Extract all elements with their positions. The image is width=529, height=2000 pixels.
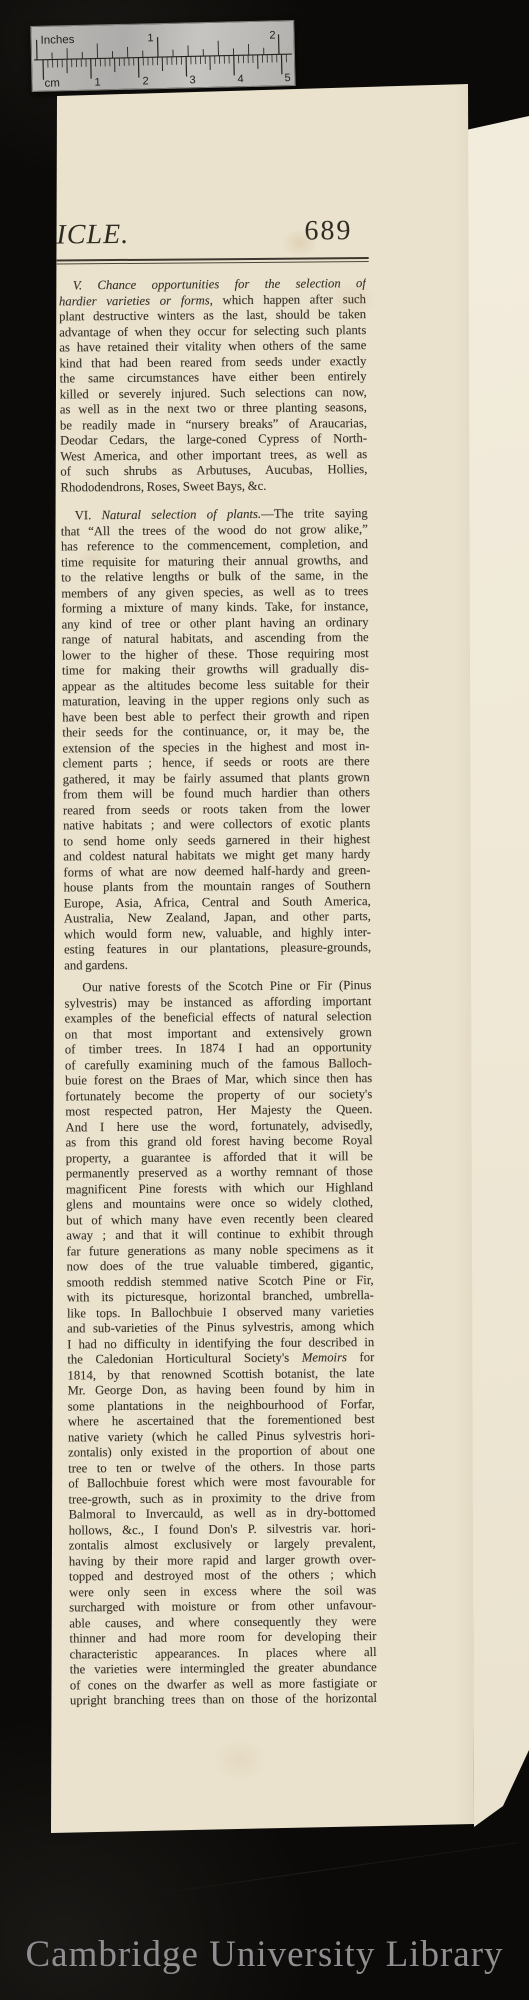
text-line: topped and destroyed most of the others … xyxy=(69,1567,376,1585)
text-line: of such shrubs as Arbutuses, Aucubas, Ho… xyxy=(60,462,367,480)
ruler-cm-label-2: 2 xyxy=(142,75,148,87)
text-line: Australia, New Zealand, Japan, and other… xyxy=(64,909,371,927)
text-line: VI. Natural selection of plants.—The tri… xyxy=(61,506,368,524)
ruler-cm-label-4: 4 xyxy=(237,73,243,85)
ruler-cm-label-5: 5 xyxy=(284,72,290,84)
text-line: as from this grand old forest having bec… xyxy=(66,1133,373,1151)
text-line: Balmoral to Invercauld, as well as in dr… xyxy=(68,1505,375,1523)
photo-stage: Inches 1 2 cm 1 2 3 4 5 ICLE. 689 V. Cha… xyxy=(0,0,529,2000)
text-line: examples of the beneficial effects of na… xyxy=(65,1009,372,1027)
text-line: esting features in our plantations, plea… xyxy=(64,940,371,958)
text-line: Mr. George Don, as having been found by … xyxy=(68,1381,375,1399)
text-line: zontalis) only existed in the proportion… xyxy=(68,1443,375,1461)
ruler-cm-label-3: 3 xyxy=(189,74,195,86)
text-line: of timber trees. In 1874 I had an opport… xyxy=(65,1040,372,1058)
text-line: time for making their growths will gradu… xyxy=(62,661,369,679)
text-line: and gardens. xyxy=(64,956,371,974)
ruler-inch-label-2: 2 xyxy=(269,29,275,41)
header-rule-bottom xyxy=(57,261,369,264)
text-line: glens and mountains were once so widely … xyxy=(66,1195,373,1213)
text-line: the varieties were intermingled the grea… xyxy=(70,1660,377,1678)
text-line: with its picturesque, horizontal branche… xyxy=(67,1288,374,1306)
paragraph: VI. Natural selection of plants.—The tri… xyxy=(61,506,372,973)
text-line: Our native forests of the Scotch Pine or… xyxy=(64,978,371,996)
text-line: upright branching trees than on those of… xyxy=(70,1691,377,1709)
text-line: of Ballochbuie forest which were most fa… xyxy=(68,1474,375,1492)
text-line: Rhododendrons, Roses, Sweet Bays, &c. xyxy=(60,478,367,496)
ruler-cm-label-1: 1 xyxy=(94,76,100,88)
running-title-fragment: ICLE. xyxy=(56,219,129,252)
text-line: clement parts ; hence, if seeds or roots… xyxy=(63,754,370,772)
library-watermark: Cambridge University Library xyxy=(0,1933,529,1976)
text-line: the Caledonian Horticultural Society's M… xyxy=(67,1350,374,1368)
text-line: and sub-varieties of the Pinus sylvestri… xyxy=(67,1319,374,1337)
text-line: most respected patron, Her Majesty the Q… xyxy=(65,1102,372,1120)
text-line: permanently preserved as a worthy remnan… xyxy=(66,1164,373,1182)
text-line: now does of the true valuable timbered, … xyxy=(67,1257,374,1275)
text-line: to the relative lengths or bulk of the s… xyxy=(61,568,368,586)
text-line: forming a mixture of many kinds. Take, f… xyxy=(61,599,368,617)
text-column: V. Chance opportunities for the selectio… xyxy=(59,276,377,1709)
text-line: from them will be found much hardier tha… xyxy=(63,785,370,803)
text-line: and coldest natural habitats we might ge… xyxy=(63,847,370,865)
text-line: range of natural habitats, and ascending… xyxy=(62,630,369,648)
text-line: maturation, leaving in the upper regions… xyxy=(62,692,369,710)
paragraph: V. Chance opportunities for the selectio… xyxy=(59,276,368,495)
page-content: ICLE. 689 V. Chance opportunities for th… xyxy=(0,0,529,2000)
text-line: has reference to the commencement, compl… xyxy=(61,537,368,555)
ruler: Inches 1 2 cm 1 2 3 4 5 xyxy=(30,20,295,92)
text-line: house plants from the mountain ranges of… xyxy=(64,878,371,896)
text-line: where he ascertained that the forementio… xyxy=(68,1412,375,1430)
text-line: buie forest on the Braes of Mar, which s… xyxy=(65,1071,372,1089)
text-line: zontalis almost exclusively or largely p… xyxy=(69,1536,376,1554)
page-number: 689 xyxy=(304,215,352,247)
text-line: as well as in the next two or three plan… xyxy=(60,400,367,418)
text-line: native habitats ; and were collectors of… xyxy=(63,816,370,834)
text-line: their seeds for the continuance, or, it … xyxy=(62,723,369,741)
ruler-inches-label: Inches xyxy=(40,34,74,47)
text-line: plant destructive winters as the last, s… xyxy=(59,307,366,325)
text-line: the same circumstances have either been … xyxy=(60,369,367,387)
text-line: surcharged with moisture or from other u… xyxy=(69,1598,376,1616)
ruler-scale: Inches 1 2 cm 1 2 3 4 5 xyxy=(31,21,294,91)
ruler-inch-label-1: 1 xyxy=(147,32,153,44)
book-cover-edge xyxy=(152,1842,519,1894)
paragraph: Our native forests of the Scotch Pine or… xyxy=(64,978,377,1709)
text-line: away ; and that it will continue to exhi… xyxy=(66,1226,373,1244)
running-head: ICLE. 689 xyxy=(56,217,368,255)
text-line: Deodar Cedars, the large-coned Cypress o… xyxy=(60,431,367,449)
text-line: thinner and had more room for developing… xyxy=(69,1629,376,1647)
scanned-page: ICLE. 689 V. Chance opportunities for th… xyxy=(0,0,529,2000)
ruler-cm-label: cm xyxy=(44,77,60,89)
text-line: as have retained their vitality when oth… xyxy=(59,338,366,356)
